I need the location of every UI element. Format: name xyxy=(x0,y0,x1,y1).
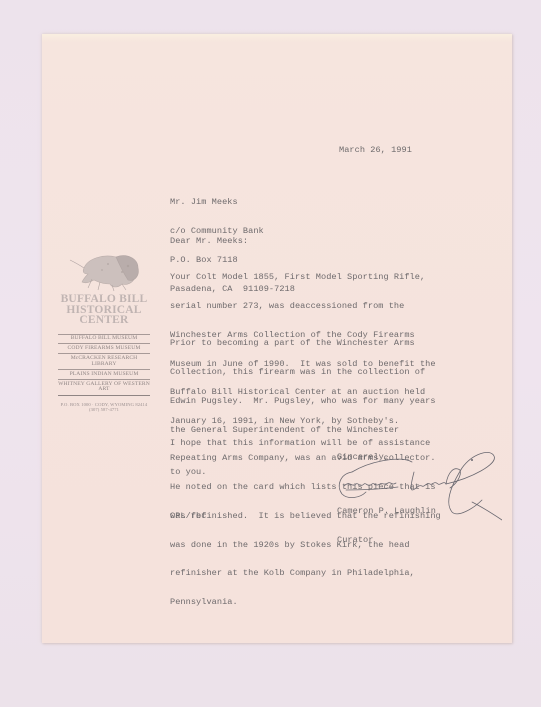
salutation: Dear Mr. Meeks: xyxy=(170,237,248,247)
museum-item: PLAINS INDIAN MUSEUM xyxy=(58,370,150,380)
text-line: serial number 273, was deaccessioned fro… xyxy=(170,302,436,312)
address-line: Mr. Jim Meeks xyxy=(170,198,295,208)
signer-title: Curator xyxy=(337,536,436,546)
buffalo-icon xyxy=(64,248,144,292)
text-line: Edwin Pugsley. Mr. Pugsley, who was for … xyxy=(170,397,441,407)
org-name: BUFFALO BILL HISTORICAL CENTER xyxy=(52,294,156,326)
museum-item: McCRACKEN RESEARCH LIBRARY xyxy=(58,354,150,370)
text-line: Pennsylvania. xyxy=(170,598,441,608)
museum-item: BUFFALO BILL MUSEUM xyxy=(58,335,150,345)
text-line: refinisher at the Kolb Company in Philad… xyxy=(170,569,441,579)
reference-initials: CPL/fbc xyxy=(170,512,206,522)
signer-block: Cameron P. Laughlin Curator xyxy=(337,488,436,565)
letter-date: March 26, 1991 xyxy=(339,146,412,156)
signer-name: Cameron P. Laughlin xyxy=(337,507,436,517)
text-line: Collection, this firearm was in the coll… xyxy=(170,368,441,378)
letter-page: BUFFALO BILL HISTORICAL CENTER BUFFALO B… xyxy=(42,34,512,643)
museum-item: CODY FIREARMS MUSEUM xyxy=(58,344,150,354)
contact-info: P.O. BOX 1000 · CODY, WYOMING 82414 (307… xyxy=(52,402,156,412)
museum-list: BUFFALO BILL MUSEUM CODY FIREARMS MUSEUM… xyxy=(58,334,150,396)
museum-item: WHITNEY GALLERY OF WESTERN ART xyxy=(58,380,150,396)
phone-number: (307) 587-4771 xyxy=(52,407,156,412)
text-line: Your Colt Model 1855, First Model Sporti… xyxy=(170,273,436,283)
org-name-line: CENTER xyxy=(52,315,156,326)
text-line: Prior to becoming a part of the Winchest… xyxy=(170,339,441,349)
letterhead: BUFFALO BILL HISTORICAL CENTER BUFFALO B… xyxy=(52,248,156,412)
org-name-line: BUFFALO BILL xyxy=(52,294,156,305)
mailing-address: P.O. BOX 1000 · CODY, WYOMING 82414 xyxy=(52,402,156,407)
